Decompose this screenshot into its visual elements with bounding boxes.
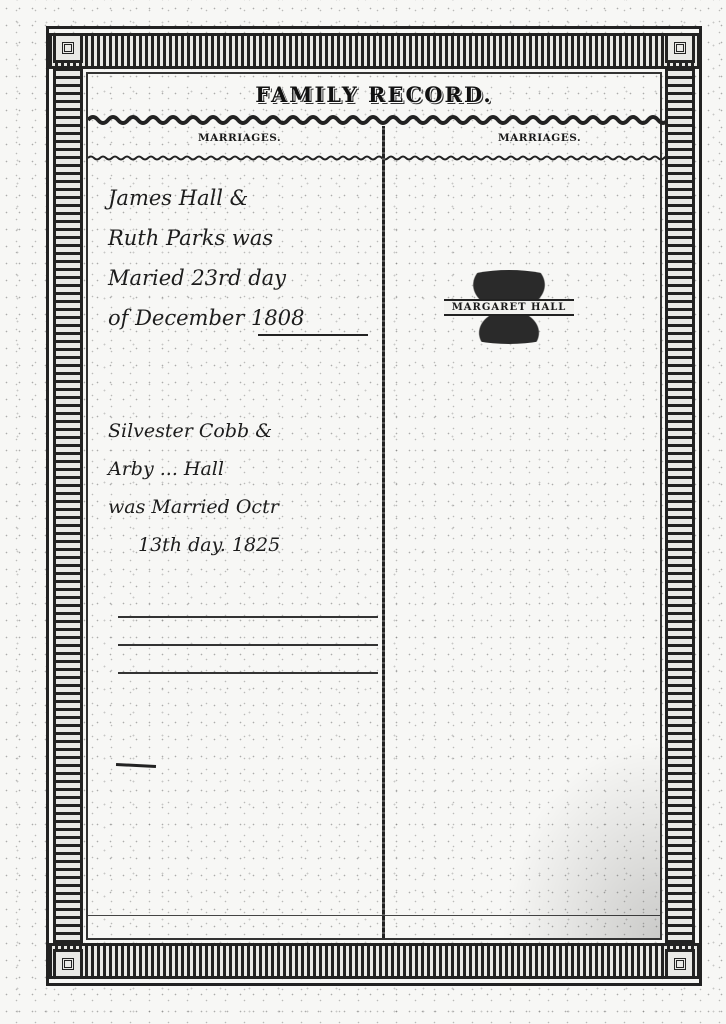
family-record-frame: FAMILY RECORD. MARRIAGES. MARRIAGES. Jam…	[46, 26, 702, 986]
crossed-out-line	[118, 602, 378, 630]
record-page: FAMILY RECORD. MARRIAGES. MARRIAGES. Jam…	[86, 72, 662, 940]
column-header-marriages-left: MARRIAGES.	[198, 132, 281, 144]
pen-mark	[116, 763, 156, 768]
entry-line: Arby ... Hall	[108, 450, 378, 488]
marriage-entry-hall-parks: James Hall & Ruth Parks was Maried 23rd …	[108, 178, 378, 336]
marriage-entry-cobb-hall: Silvester Cobb & Arby ... Hall was Marri…	[108, 412, 378, 564]
column-divider	[382, 126, 385, 938]
column-headers: MARRIAGES. MARRIAGES.	[88, 132, 660, 152]
header-rule-icon	[88, 154, 666, 162]
border-right	[665, 69, 695, 943]
margaret-hall-stamp: MARGARET HALL	[426, 270, 592, 344]
crossed-out-line	[118, 630, 378, 658]
corner-ornament-icon	[53, 949, 83, 979]
wavy-rule-icon	[88, 114, 666, 126]
column-header-marriages-right: MARRIAGES.	[498, 132, 581, 144]
entry-line: was Married Octr	[108, 488, 378, 526]
page-title: FAMILY RECORD.	[88, 82, 660, 107]
border-left	[53, 69, 83, 943]
border-bottom	[49, 943, 699, 979]
scan-shadow	[500, 738, 660, 938]
entry-line: Silvester Cobb &	[108, 412, 378, 450]
stamp-label: MARGARET HALL	[444, 299, 575, 316]
crossed-out-line	[118, 658, 378, 686]
entry-line: 13th day. 1825	[108, 526, 378, 564]
entry-line: Ruth Parks was	[108, 218, 378, 258]
entry-line: Maried 23rd day	[108, 258, 378, 298]
corner-ornament-icon	[665, 949, 695, 979]
corner-ornament-icon	[53, 33, 83, 63]
entry-line: James Hall &	[108, 178, 378, 218]
corner-ornament-icon	[665, 33, 695, 63]
entry-line: of December 1808	[108, 298, 378, 338]
border-top	[49, 33, 699, 69]
crossed-out-entries	[118, 602, 378, 686]
